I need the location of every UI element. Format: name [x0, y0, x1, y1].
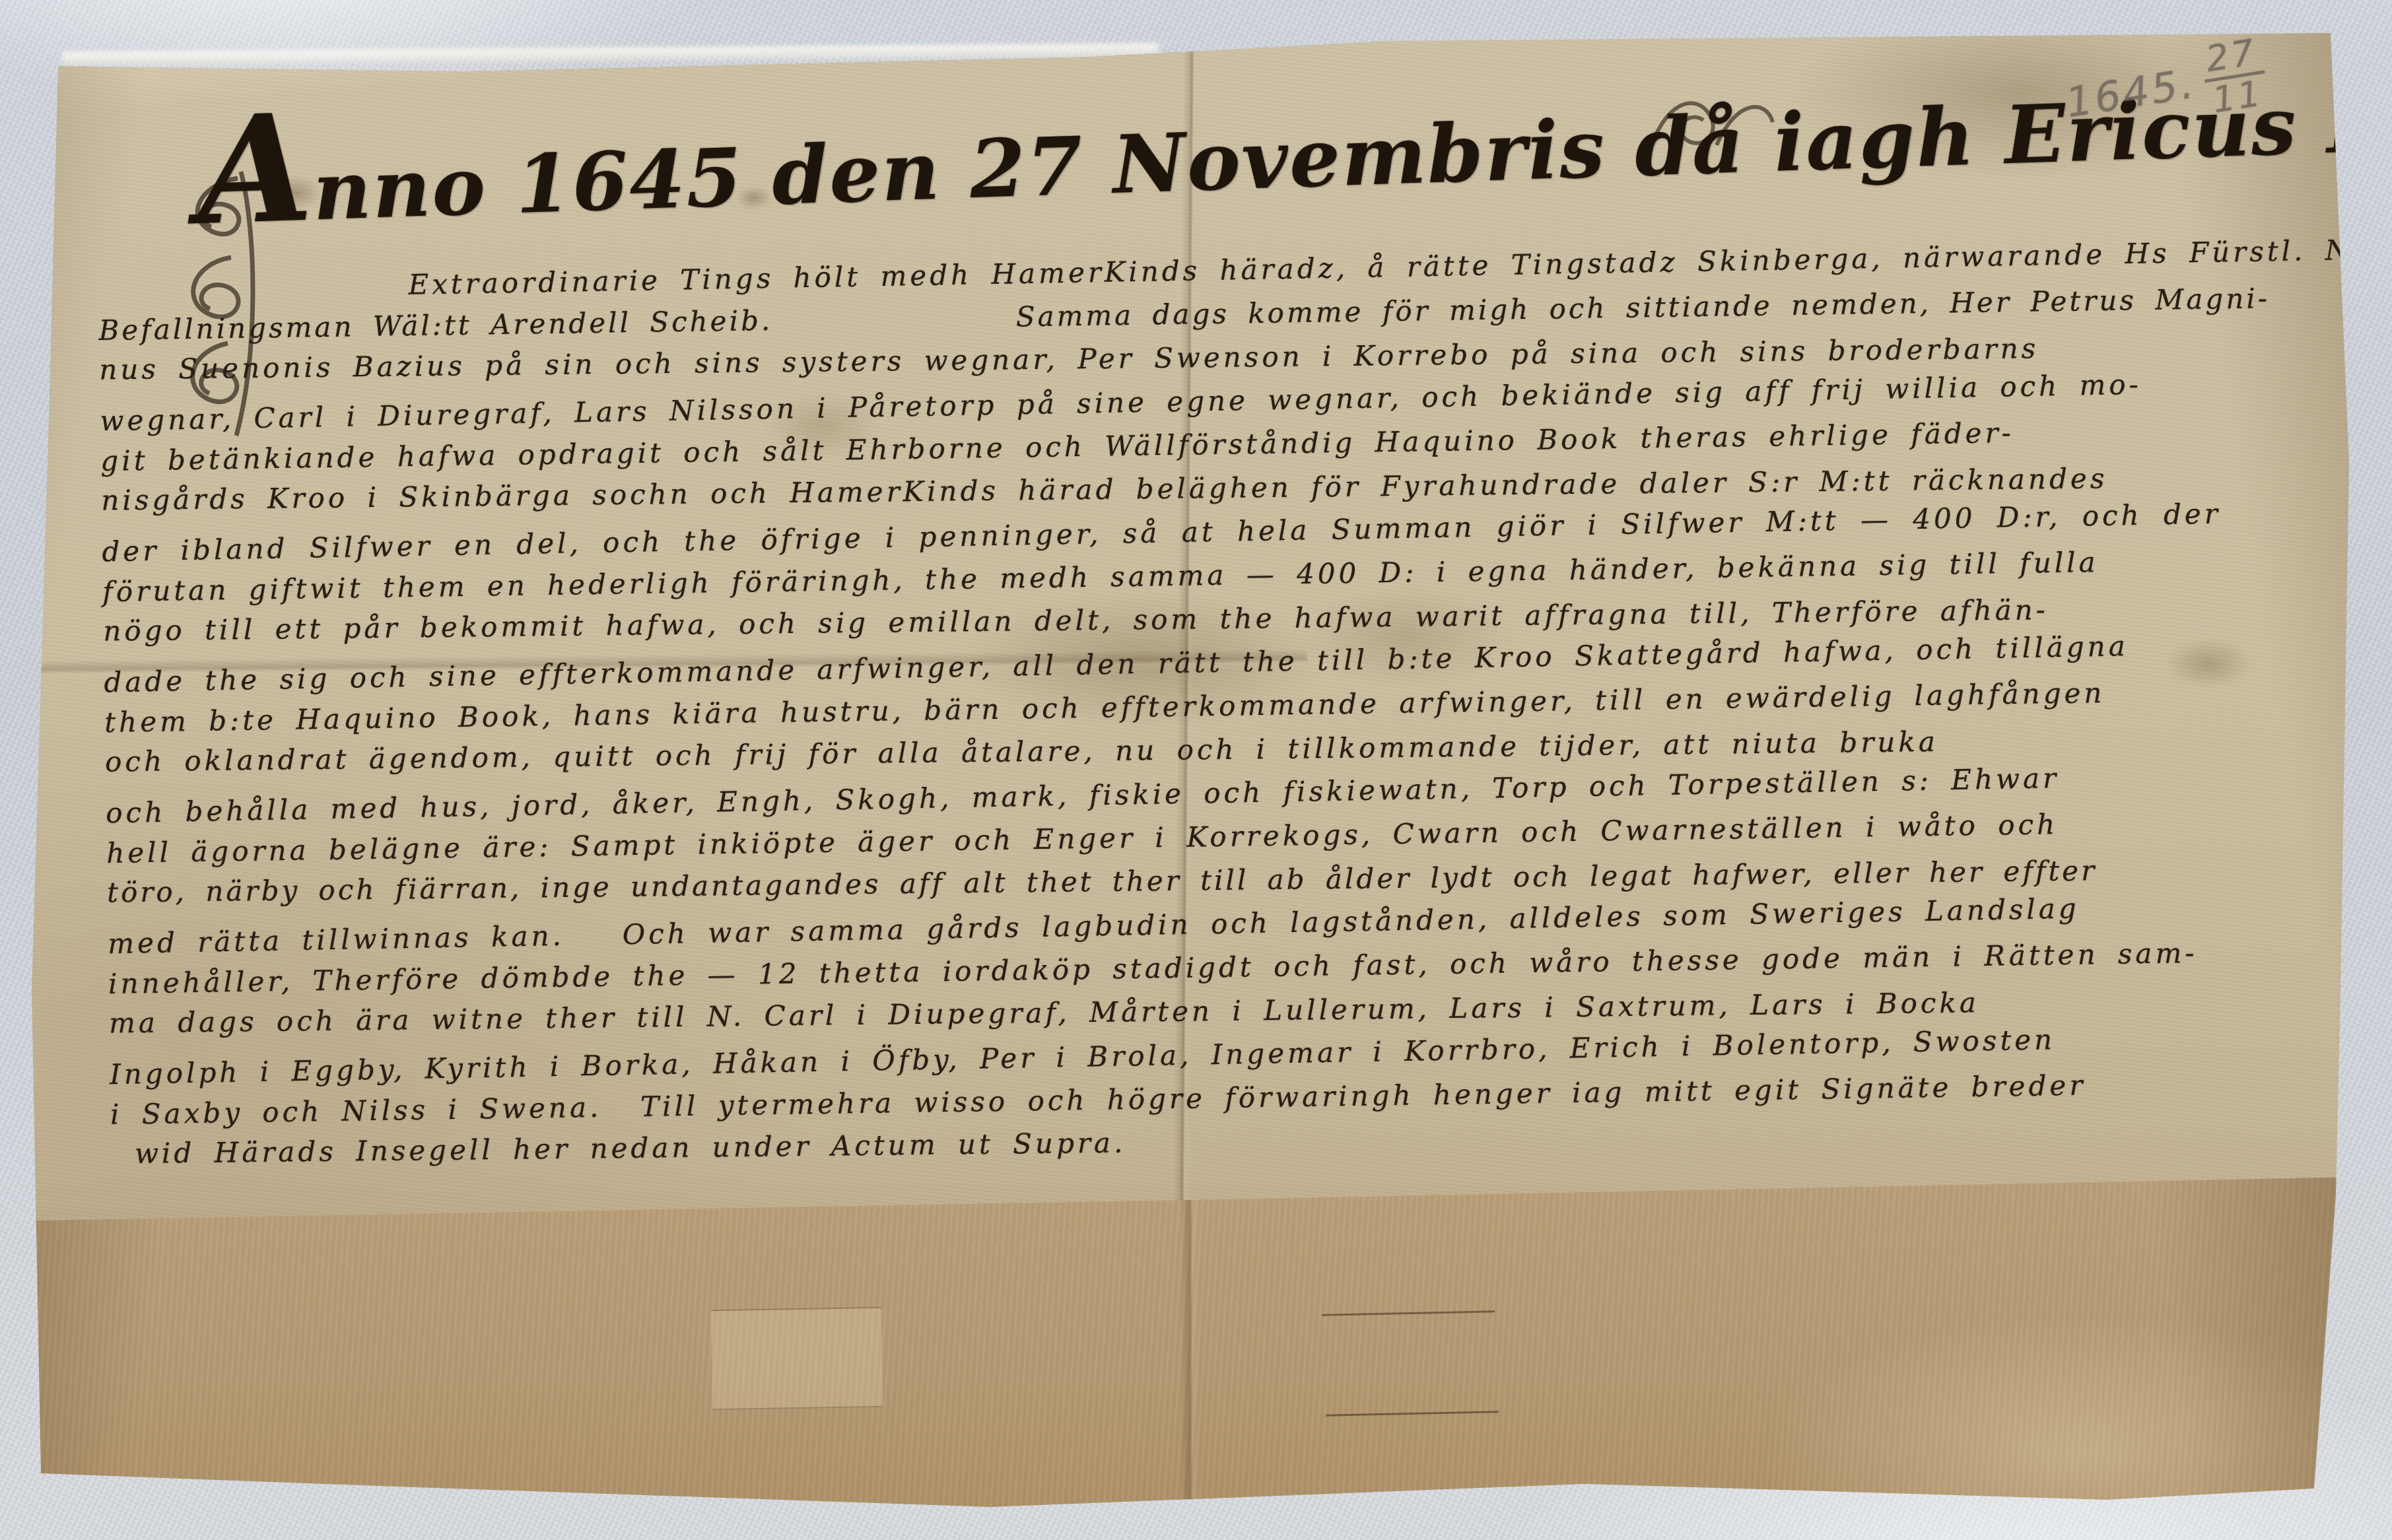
seal-slit-upper — [1322, 1310, 1495, 1316]
document-heading: Anno 1645 den 27 Novembris då iagh Ericu… — [195, 1, 2392, 258]
pencil-day-month-fraction: 27 11 — [2199, 34, 2271, 119]
pencil-month: 11 — [2210, 74, 2266, 118]
photo-of-manuscript: Anno 1645 den 27 Novembris då iagh Ericu… — [0, 0, 2392, 1540]
seal-tongue-patch — [711, 1307, 883, 1410]
plica-fold — [0, 1176, 2392, 1540]
parchment-document: Anno 1645 den 27 Novembris då iagh Ericu… — [0, 0, 2392, 1540]
plica-center-crease — [1180, 1176, 1200, 1540]
seal-slit-lower — [1326, 1411, 1499, 1416]
document-body: Extraordinarie Tings hölt medh HamerKind… — [98, 232, 2329, 1180]
pencil-year: 1645. — [2063, 59, 2199, 127]
